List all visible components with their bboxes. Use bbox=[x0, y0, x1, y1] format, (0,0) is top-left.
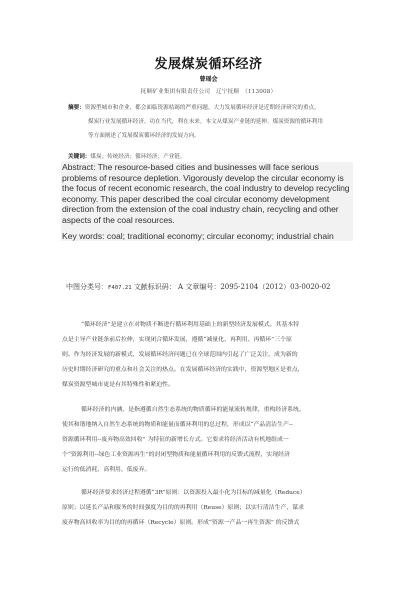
chinese-abstract-label: 摘要： bbox=[68, 105, 85, 111]
chinese-abstract-line: 煤炭行业发展循环经济，功在当代，利在未来。本文从煤炭产业链的延伸、煤炭资源的循环… bbox=[68, 115, 368, 129]
chinese-abstract: 摘要：资源型城市和企业，都会面临资源枯竭的严重问题。大力发展循环经济是近期经济研… bbox=[68, 101, 368, 143]
article-no-label: 文章编号： bbox=[185, 283, 220, 291]
doc-code-label: 文献标识码： bbox=[134, 283, 176, 291]
clc-label: 中图分类号 bbox=[66, 283, 101, 291]
author-affiliation: 抚顺矿业集团有限责任公司 辽宁抚顺 （113008） bbox=[0, 87, 417, 95]
document-page: 发展煤炭循环经济 曾瑶会 抚顺矿业集团有限责任公司 辽宁抚顺 （113008） … bbox=[0, 0, 417, 590]
clc-colon: ： bbox=[101, 283, 108, 291]
chinese-keywords-text: 煤炭；传统经济；循环经济；产业链。 bbox=[90, 154, 185, 160]
english-keywords: Key words: coal; traditional economy; ci… bbox=[62, 231, 354, 241]
paper-title: 发展煤炭循环经济 bbox=[0, 53, 417, 72]
classification-info: 中图分类号：F407.21 文献标识码： A 文章编号：2095-2104（20… bbox=[66, 282, 386, 292]
chinese-abstract-line: 摘要：资源型城市和企业，都会面临资源枯竭的严重问题。大力发展循环经济是近期经济研… bbox=[68, 101, 368, 115]
body-paragraph-2: 循环经济的内涵，是指遵循自然生态系统的物质循环的能量流转规律，重构经济系统， 使… bbox=[62, 403, 354, 478]
clc-code: F407.21 bbox=[108, 285, 132, 291]
author-name: 曾瑶会 bbox=[0, 74, 417, 83]
doc-code: A bbox=[178, 283, 183, 291]
body-paragraph-1: “循环经济”是建立在对物质不断进行循环利用基础上的新型经济发展模式。其基本特 点… bbox=[62, 318, 354, 393]
article-no: 2095-2104（2012）03-0020-02 bbox=[220, 283, 330, 291]
body-paragraph-3: 循环经济要求经济过程遵循“3R”原则：以资源投入最小化为目标的减量化（Reduc… bbox=[62, 486, 354, 531]
chinese-keywords: 关键词：煤炭；传统经济；循环经济；产业链。 bbox=[68, 152, 368, 160]
chinese-abstract-line: 等方面阐述了发展煤炭循环经济的发展方向。 bbox=[68, 129, 368, 143]
english-abstract: Abstract: The resource-based cities and … bbox=[62, 162, 354, 226]
chinese-keywords-label: 关键词： bbox=[68, 154, 90, 160]
